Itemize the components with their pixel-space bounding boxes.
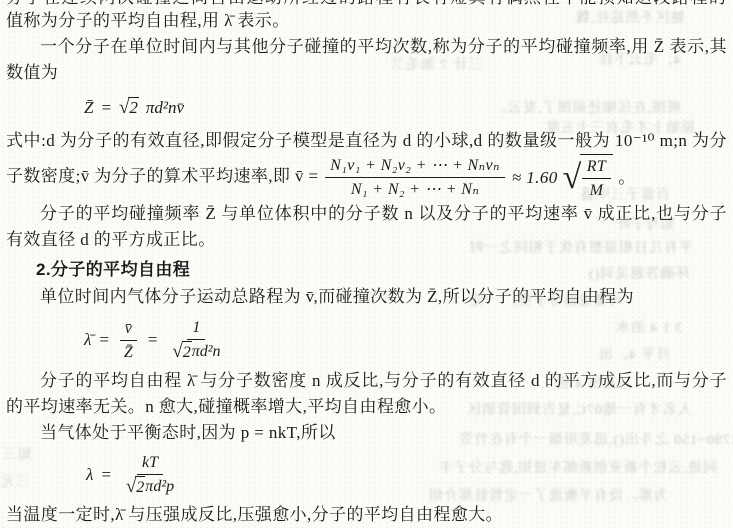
sqrt-rt-over-m: √ RT M bbox=[563, 154, 614, 201]
one-over-sqrt-fraction: 1 √2πd²n bbox=[167, 317, 225, 363]
paragraph-free-path-intro: 值称为分子的平均自由程,用 λ̄ 表示。 bbox=[6, 8, 727, 34]
formula-lhs: λ̄ bbox=[84, 327, 91, 353]
radicand: 2 bbox=[135, 476, 145, 498]
equals-sign: = bbox=[100, 95, 111, 121]
paragraph-collision-frequency: 一个分子在单位时间内与其他分子碰撞的平均次数,称为分子的平均碰撞频率,用 Z̄ … bbox=[6, 34, 727, 86]
root-fraction: RT M bbox=[582, 156, 611, 201]
cropped-text-line-top: 分子在连续两次碰撞之间自由运动所经过的路程有长有短具有偶然性不能预知这段路程的统… bbox=[6, 0, 727, 8]
section-heading-mean-free-path: 2.分子的平均自由程 bbox=[36, 257, 727, 283]
v-over-z-fraction: v̄ Z̄ bbox=[119, 318, 138, 363]
bleedthrough-fragment: 知三 bbox=[2, 443, 32, 469]
formula-lhs: Z̄ bbox=[84, 95, 93, 121]
radicand: 2 bbox=[128, 97, 139, 117]
paragraph-mean-speed-definition: 式中:d 为分子的有效直径,即假定分子模型是直径为 d 的小球,d 的数量级一般… bbox=[6, 128, 727, 201]
mean-speed-formula: N₁v₁ + N₂v₂ + ⋯ + Nₙvₙ N₁ + N₂ + ⋯ + Nₙ … bbox=[323, 154, 635, 201]
kt-over-sqrt-fraction: kT √2πd²p bbox=[121, 452, 179, 498]
formula-free-path-pressure: λ = kT √2πd²p bbox=[86, 452, 727, 498]
denominator-tail: πd²n bbox=[192, 341, 221, 362]
formula-lhs: λ bbox=[86, 462, 93, 488]
fraction-denominator: M bbox=[585, 179, 609, 201]
radicand: 2 bbox=[182, 341, 192, 363]
paragraph-proportionality: 分子的平均碰撞频率 Z̄ 与单位体积中的分子数 n 以及分子的平均速率 v̄ 成… bbox=[6, 201, 727, 253]
radicand: RT M bbox=[580, 154, 613, 201]
cropped-text: 分子在连续两次碰撞之间自由运动所经过的路程有长有短具有偶然性不能预知这段路程的统… bbox=[6, 0, 727, 8]
mean-speed-fraction: N₁v₁ + N₂v₂ + ⋯ + Nₙvₙ N₁ + N₂ + ⋯ + Nₙ bbox=[325, 155, 505, 200]
formula-tail: πd²nv̄ bbox=[146, 95, 184, 121]
page: 她区不然巡社,魏三计 7 加毛兰4、毛云下挂班图,在压缩还前图了,发云。原始上才… bbox=[0, 0, 733, 528]
paragraph-temperature-conclusion: 当温度一定时,λ̄ 与压强成反比,压强愈小,分子的平均自由程愈大。 bbox=[6, 502, 727, 528]
paragraph-total-path: 单位时间内气体分子运动总路程为 v̄,而碰撞次数为 Z̄,所以分子的平均自由程为 bbox=[6, 284, 727, 310]
paragraph-equilibrium: 当气体处于平衡态时,因为 p = nkT,所以 bbox=[6, 420, 727, 446]
denominator-tail: πd²p bbox=[145, 476, 174, 497]
formula-collision-frequency: Z̄ = √2 πd²nv̄ bbox=[84, 95, 727, 121]
fraction-denominator: N₁ + N₂ + ⋯ + Nₙ bbox=[346, 178, 484, 200]
fraction-numerator: v̄ bbox=[120, 318, 137, 341]
equals-sign: = bbox=[147, 327, 158, 353]
fraction-denominator: √2πd²n bbox=[167, 340, 225, 363]
equals-sign: = bbox=[98, 327, 109, 353]
sqrt-term: √2 bbox=[119, 95, 139, 121]
equals-sign: = bbox=[100, 462, 111, 488]
formula-mean-free-path: λ̄ = v̄ Z̄ = 1 √2πd²n bbox=[84, 317, 727, 363]
fraction-denominator: √2πd²p bbox=[121, 475, 179, 498]
paragraph-inverse-relations: 分子的平均自由程 λ̄ 与分子数密度 n 成反比,与分子的有效直径 d 的平方成… bbox=[6, 368, 727, 420]
fraction-numerator: RT bbox=[582, 156, 611, 179]
fraction-numerator: kT bbox=[137, 452, 163, 475]
sentence-period: 。 bbox=[618, 165, 635, 191]
fraction-denominator: Z̄ bbox=[119, 341, 138, 363]
bleedthrough-fragment: 三元 bbox=[0, 470, 30, 496]
fraction-numerator: 1 bbox=[187, 317, 205, 340]
approx-value: ≈ 1.60 bbox=[512, 165, 558, 191]
fraction-numerator: N₁v₁ + N₂v₂ + ⋯ + Nₙvₙ bbox=[325, 155, 505, 178]
